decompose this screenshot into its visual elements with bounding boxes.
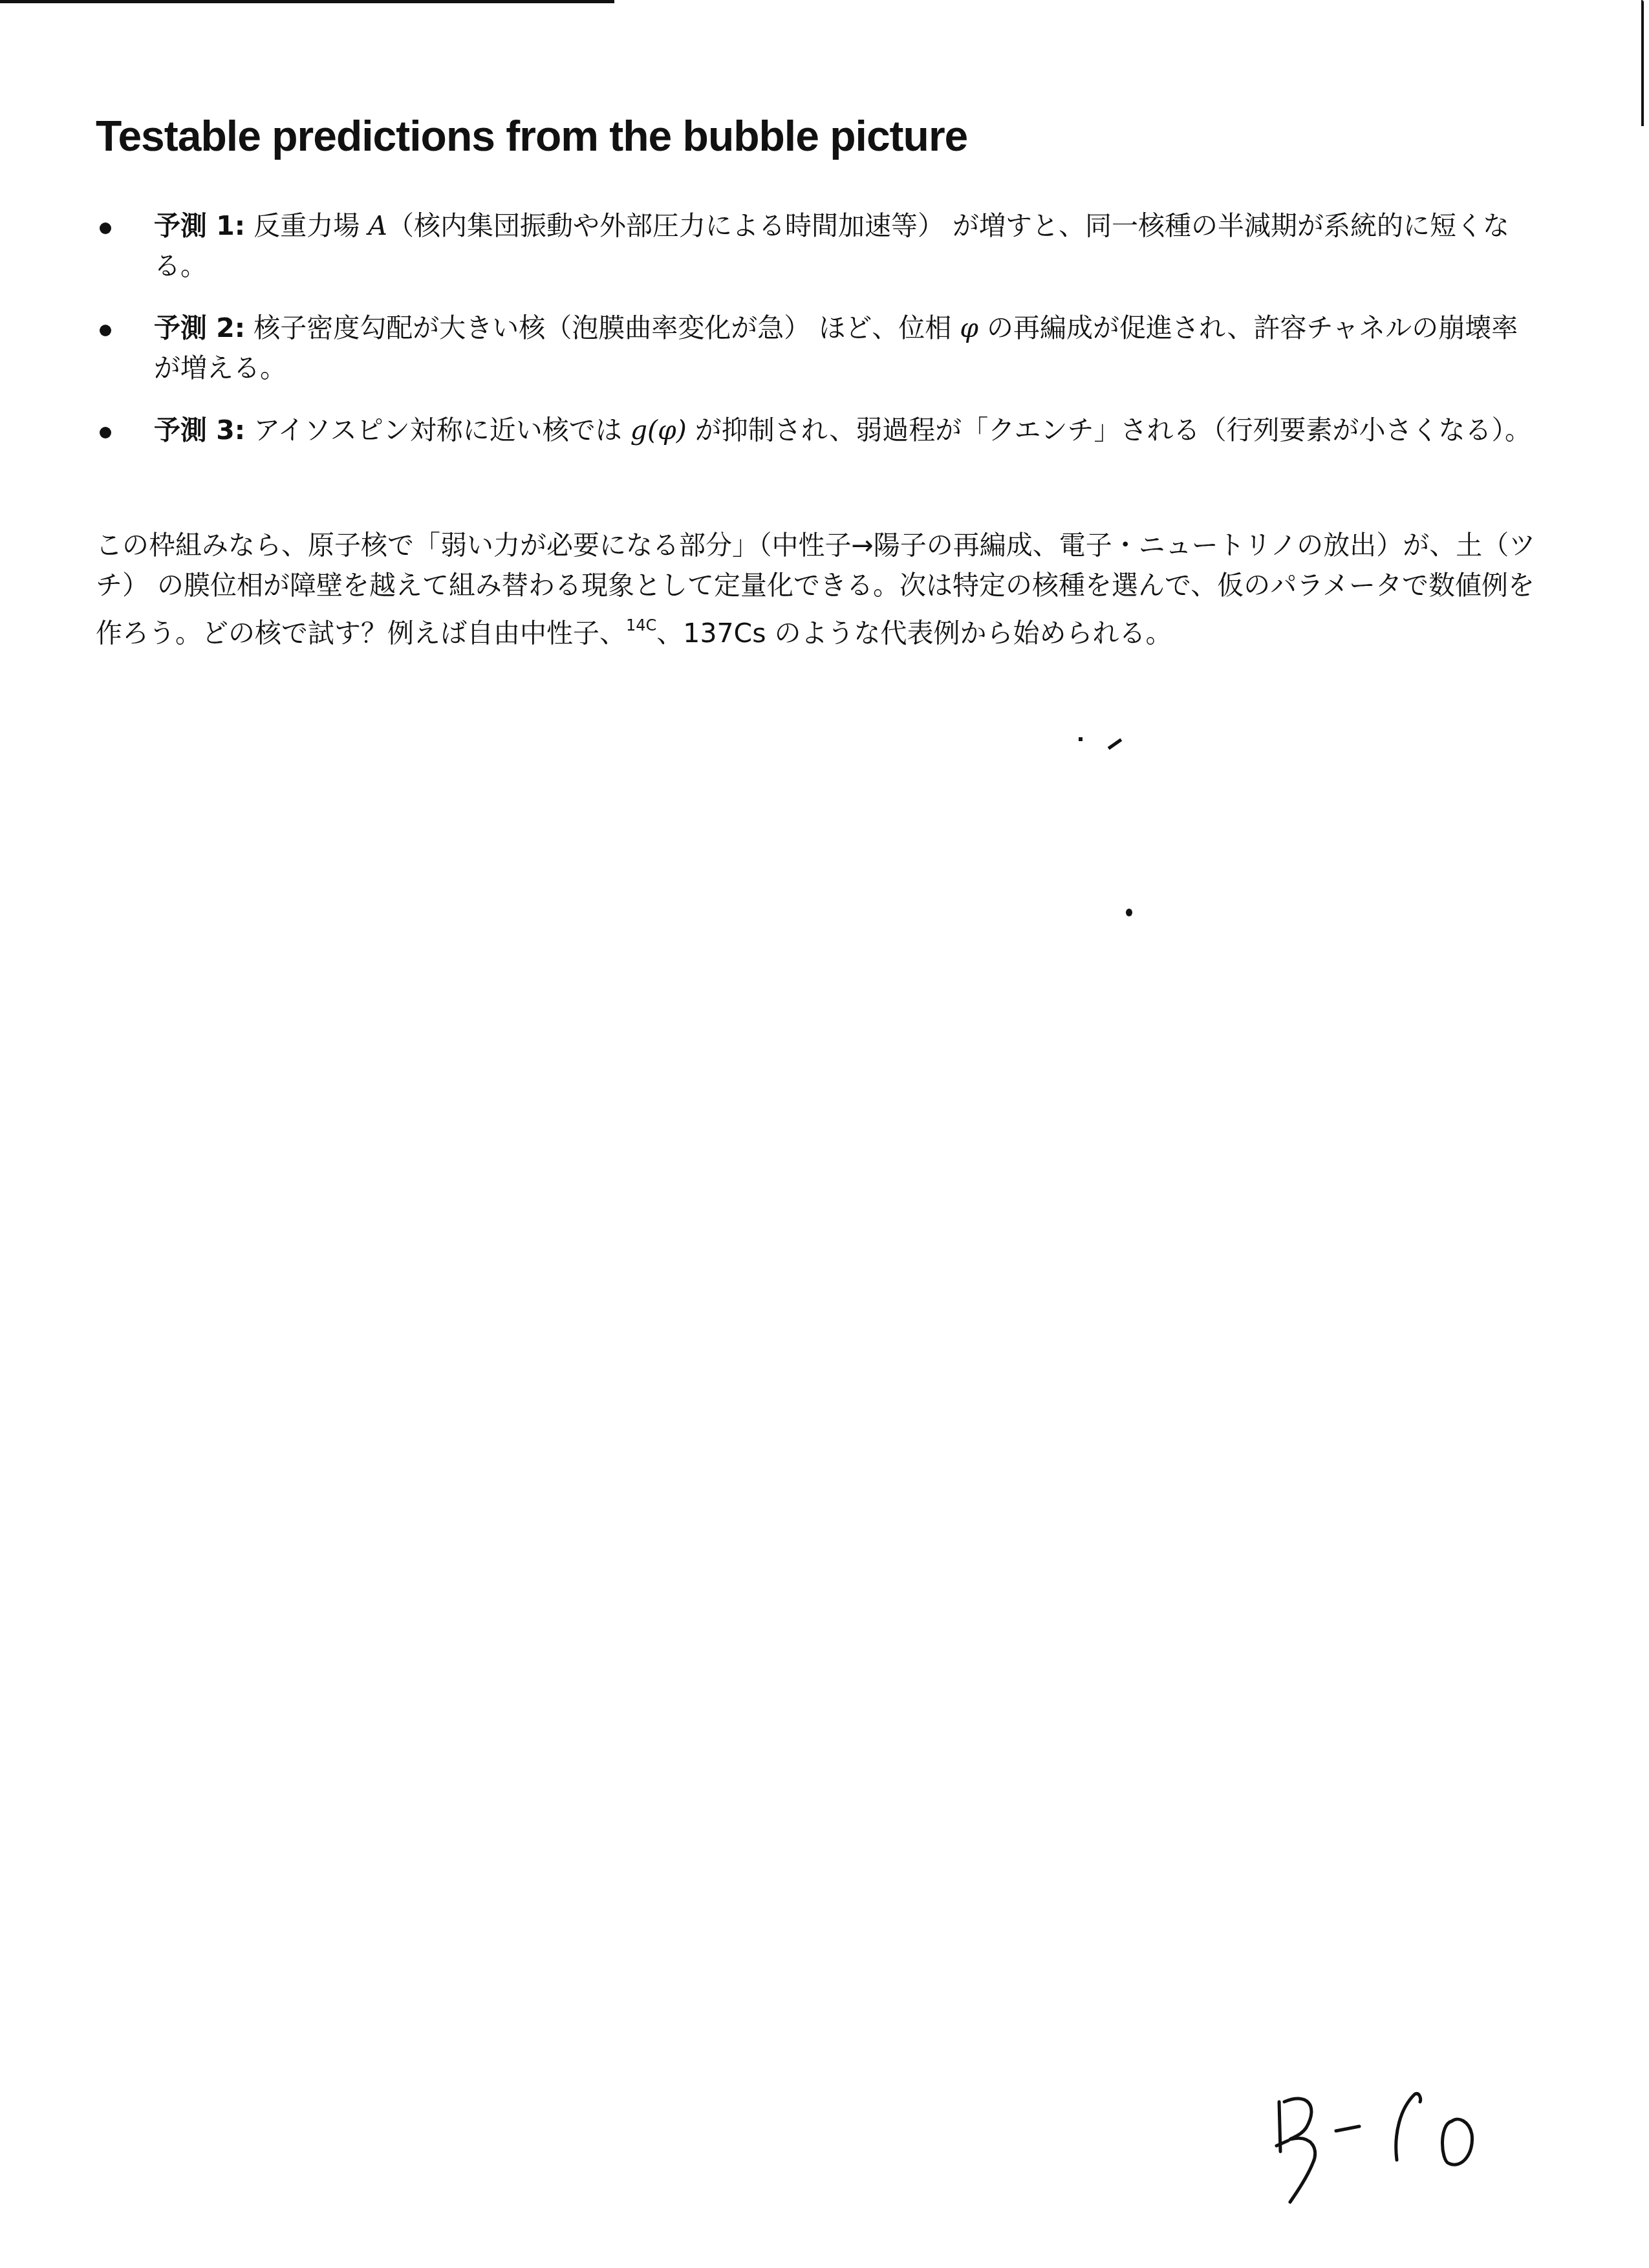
scan-edge-top [0,0,614,3]
prediction-label: 予測 2: [154,312,245,343]
math-symbol: g(φ) [630,415,687,446]
paragraph-text: 、137Cs のような代表例から始められる。 [656,618,1172,649]
prediction-text: が抑制され、弱過程が「クエンチ」される（行列要素が小さくなる）。 [687,415,1531,446]
isotope-superscript: 14C [626,616,656,634]
scan-edge-right [1641,0,1644,126]
prediction-text: 反重力場 [245,210,368,241]
prediction-text: アイソスピン対称に近い核では [245,415,630,446]
prediction-label: 予測 3: [154,415,245,446]
bullet-icon [100,222,111,234]
prediction-item: 予測 2: 核子密度勾配が大きい核（泡膜曲率変化が急） ほど、位相 φ の再編成… [96,308,1538,388]
prediction-label: 予測 1: [154,210,245,241]
predictions-list: 予測 1: 反重力場 A（核内集団振動や外部圧力による時間加速等） が増すと、同… [96,206,1538,472]
scan-speck [1079,737,1083,741]
bullet-icon [100,325,111,336]
page-title: Testable predictions from the bubble pic… [96,111,967,160]
prediction-text: 核子密度勾配が大きい核（泡膜曲率変化が急） ほど、位相 [245,312,960,343]
math-symbol: A [368,210,387,241]
summary-paragraph: この枠組みなら、原子核で「弱い力が必要になる部分」（中性子→陽子の再編成、電子・… [96,525,1551,653]
prediction-item: 予測 3: アイソスピン対称に近い核では g(φ) が抑制され、弱過程が「クエン… [96,410,1538,450]
bullet-icon [100,427,111,438]
prediction-item: 予測 1: 反重力場 A（核内集団振動や外部圧力による時間加速等） が増すと、同… [96,206,1538,286]
handwritten-annotation: B-10 [1261,2089,1520,2218]
scan-speck [1126,909,1132,916]
math-symbol: φ [960,312,978,343]
scan-speck [1108,739,1123,750]
